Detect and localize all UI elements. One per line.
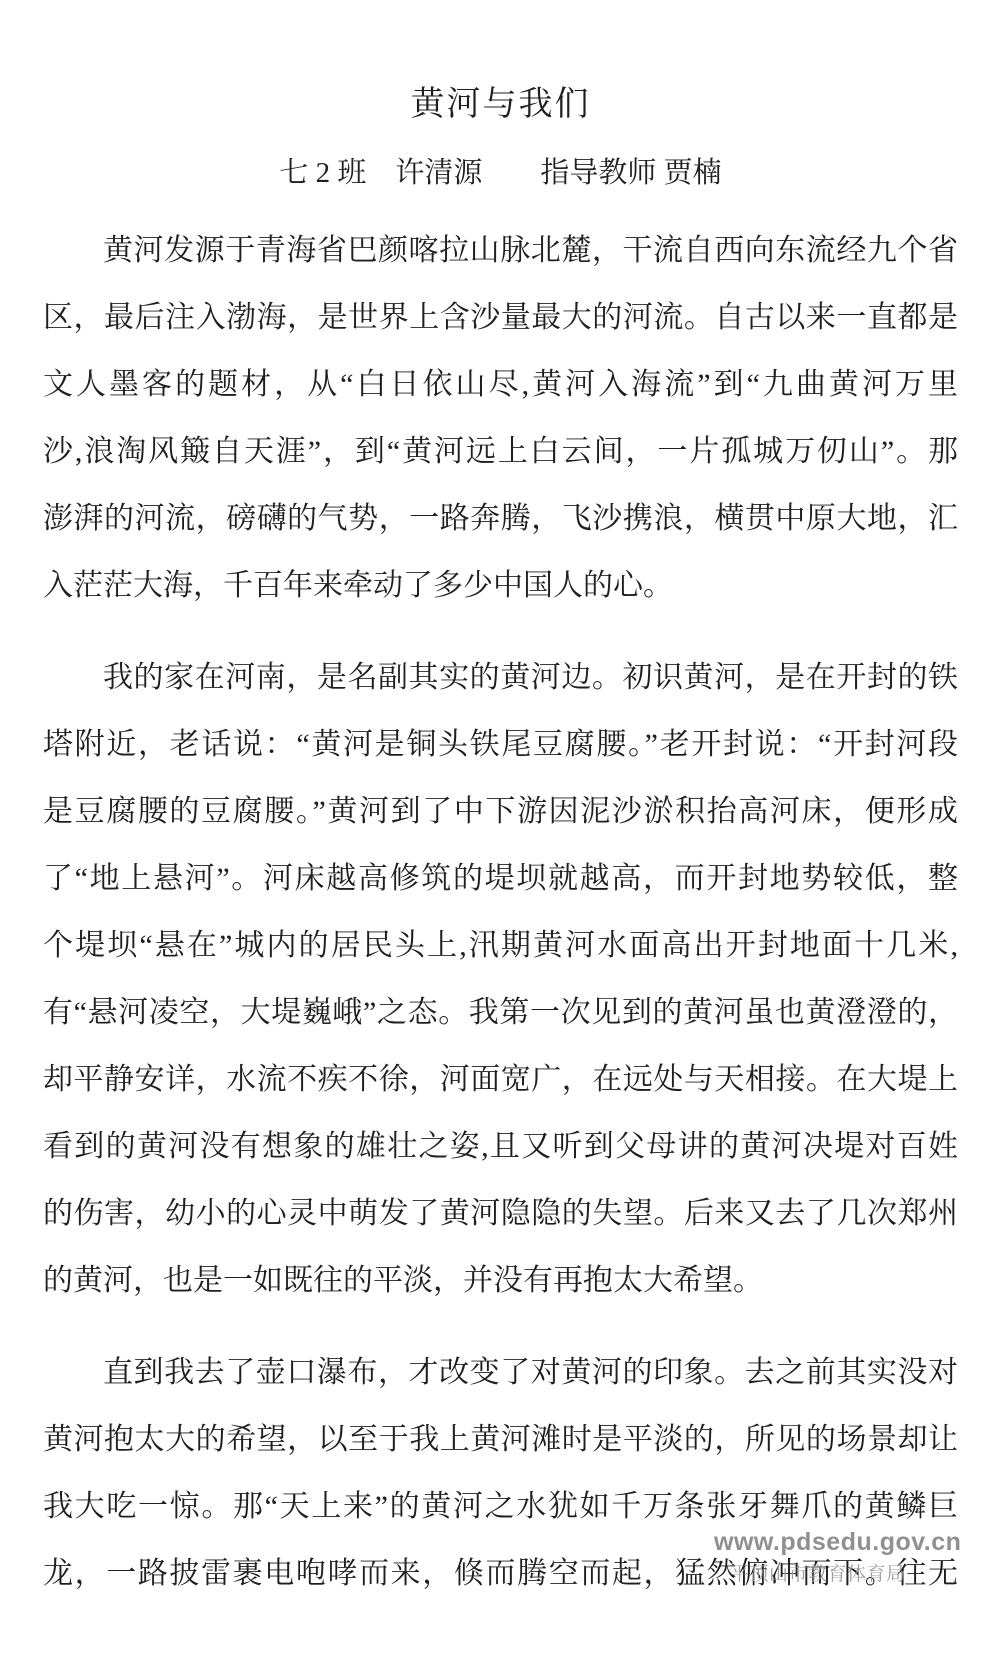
essay-byline: 七 2 班 许清源 指导教师 贾楠 <box>43 154 958 192</box>
essay-title: 黄河与我们 <box>43 84 958 126</box>
text-line: 的伤害，幼小的心灵中萌发了黄河隐隐的失望。后来又去了几次郑州 <box>43 1180 958 1247</box>
text-line: 黄河发源于青海省巴颜喀拉山脉北麓，干流自西向东流经九个省 <box>43 217 958 284</box>
text-line: 我的家在河南，是名副其实的黄河边。初识黄河，是在开封的铁 <box>43 644 958 711</box>
text-line: 区，最后注入渤海，是世界上含沙量最大的河流。自古以来一直都是 <box>43 284 958 351</box>
text-line: 却平静安详，水流不疾不徐，河面宽广，在远处与天相接。在大堤上 <box>43 1046 958 1113</box>
text-line: 是豆腐腰的豆腐腰。”黄河到了中下游因泥沙淤积抬高河床，便形成 <box>43 778 958 845</box>
document-content: 黄河与我们 七 2 班 许清源 指导教师 贾楠 黄河发源于青海省巴颜喀拉山脉北麓… <box>0 84 1000 1607</box>
text-line: 了“地上悬河”。河床越高修筑的堤坝就越高，而开封地势较低，整 <box>43 845 958 912</box>
text-line: 我大吃一惊。那“天上来”的黄河之水犹如千万条张牙舞爪的黄鳞巨 <box>43 1473 958 1540</box>
essay-body: 黄河发源于青海省巴颜喀拉山脉北麓，干流自西向东流经九个省区，最后注入渤海，是世界… <box>43 217 958 1607</box>
text-line: 直到我去了壶口瀑布，才改变了对黄河的印象。去之前其实没对 <box>43 1339 958 1406</box>
text-line: 文人墨客的题材，从“白日依山尽,黄河入海流”到“九曲黄河万里 <box>43 351 958 418</box>
text-line: 入茫茫大海，千百年来牵动了多少中国人的心。 <box>43 552 958 619</box>
text-line: 沙,浪淘风簸自天涯”，到“黄河远上白云间，一片孤城万仞山”。那 <box>43 418 958 485</box>
text-line: 有“悬河凌空，大堤巍峨”之态。我第一次见到的黄河虽也黄澄澄的， <box>43 979 958 1046</box>
text-line: 塔附近，老话说：“黄河是铜头铁尾豆腐腰。”老开封说：“开封河段 <box>43 711 958 778</box>
paragraph: 黄河发源于青海省巴颜喀拉山脉北麓，干流自西向东流经九个省区，最后注入渤海，是世界… <box>43 217 958 619</box>
text-line: 澎湃的河流，磅礴的气势，一路奔腾，飞沙携浪，横贯中原大地，汇 <box>43 485 958 552</box>
text-line: 的黄河，也是一如既往的平淡，并没有再抱太大希望。 <box>43 1247 958 1314</box>
text-line: 黄河抱太大的希望，以至于我上黄河滩时是平淡的，所见的场景却让 <box>43 1406 958 1473</box>
document-page: 黄河与我们 七 2 班 许清源 指导教师 贾楠 黄河发源于青海省巴颜喀拉山脉北麓… <box>0 0 1000 1662</box>
text-line: 龙，一路披雷裹电咆哮而来，倏而腾空而起，猛然俯冲而下。往无 <box>43 1540 958 1607</box>
paragraph: 我的家在河南，是名副其实的黄河边。初识黄河，是在开封的铁塔附近，老话说：“黄河是… <box>43 644 958 1314</box>
text-line: 看到的黄河没有想象的雄壮之姿,且又听到父母讲的黄河决堤对百姓 <box>43 1113 958 1180</box>
paragraph: 直到我去了壶口瀑布，才改变了对黄河的印象。去之前其实没对黄河抱太大的希望，以至于… <box>43 1339 958 1607</box>
text-line: 个堤坝“悬在”城内的居民头上,汛期黄河水面高出开封地面十几米, <box>43 912 958 979</box>
